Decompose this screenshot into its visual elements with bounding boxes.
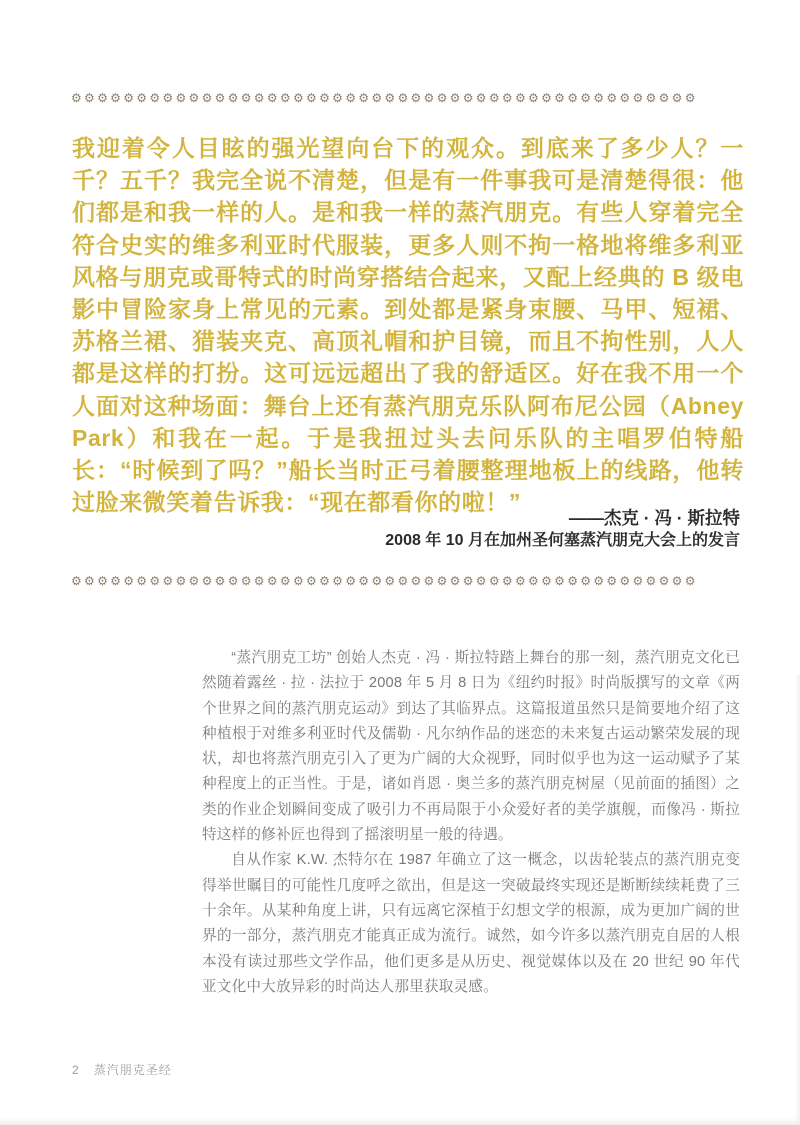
body-text-block: “蒸汽朋克工坊” 创始人杰克 · 冯 · 斯拉特踏上舞台的那一刻，蒸汽朋克文化已… — [202, 646, 740, 1000]
pull-quote: 我迎着令人目眩的强光望向台下的观众。到底来了多少人？一千？五千？我完全说不清楚，… — [72, 132, 744, 518]
page-number: 2 — [72, 1063, 80, 1077]
quote-attribution: ——杰克 · 冯 · 斯拉特 2008 年 10 月在加州圣何塞蒸汽朋克大会上的… — [72, 506, 740, 552]
gear-divider-top: ⚙⚙⚙⚙⚙⚙⚙⚙⚙⚙⚙⚙⚙⚙⚙⚙⚙⚙⚙⚙⚙⚙⚙⚙⚙⚙⚙⚙⚙⚙⚙⚙⚙⚙⚙⚙⚙⚙⚙⚙… — [71, 90, 743, 106]
body-paragraph: “蒸汽朋克工坊” 创始人杰克 · 冯 · 斯拉特踏上舞台的那一刻，蒸汽朋克文化已… — [202, 646, 740, 848]
page-footer: 2 蒸汽朋克圣经 — [72, 1061, 172, 1078]
book-page: ⚙⚙⚙⚙⚙⚙⚙⚙⚙⚙⚙⚙⚙⚙⚙⚙⚙⚙⚙⚙⚙⚙⚙⚙⚙⚙⚙⚙⚙⚙⚙⚙⚙⚙⚙⚙⚙⚙⚙⚙… — [0, 0, 800, 1125]
attribution-author: ——杰克 · 冯 · 斯拉特 — [72, 506, 740, 530]
book-title: 蒸汽朋克圣经 — [94, 1061, 172, 1078]
scan-edge-right — [795, 675, 800, 1125]
body-paragraph: 自从作家 K.W. 杰特尔在 1987 年确立了这一概念，以齿轮装点的蒸汽朋克变… — [202, 848, 740, 1000]
gear-divider-middle: ⚙⚙⚙⚙⚙⚙⚙⚙⚙⚙⚙⚙⚙⚙⚙⚙⚙⚙⚙⚙⚙⚙⚙⚙⚙⚙⚙⚙⚙⚙⚙⚙⚙⚙⚙⚙⚙⚙⚙⚙… — [71, 573, 743, 589]
attribution-source: 2008 年 10 月在加州圣何塞蒸汽朋克大会上的发言 — [72, 530, 740, 552]
scan-edge-bottom — [0, 1118, 800, 1125]
